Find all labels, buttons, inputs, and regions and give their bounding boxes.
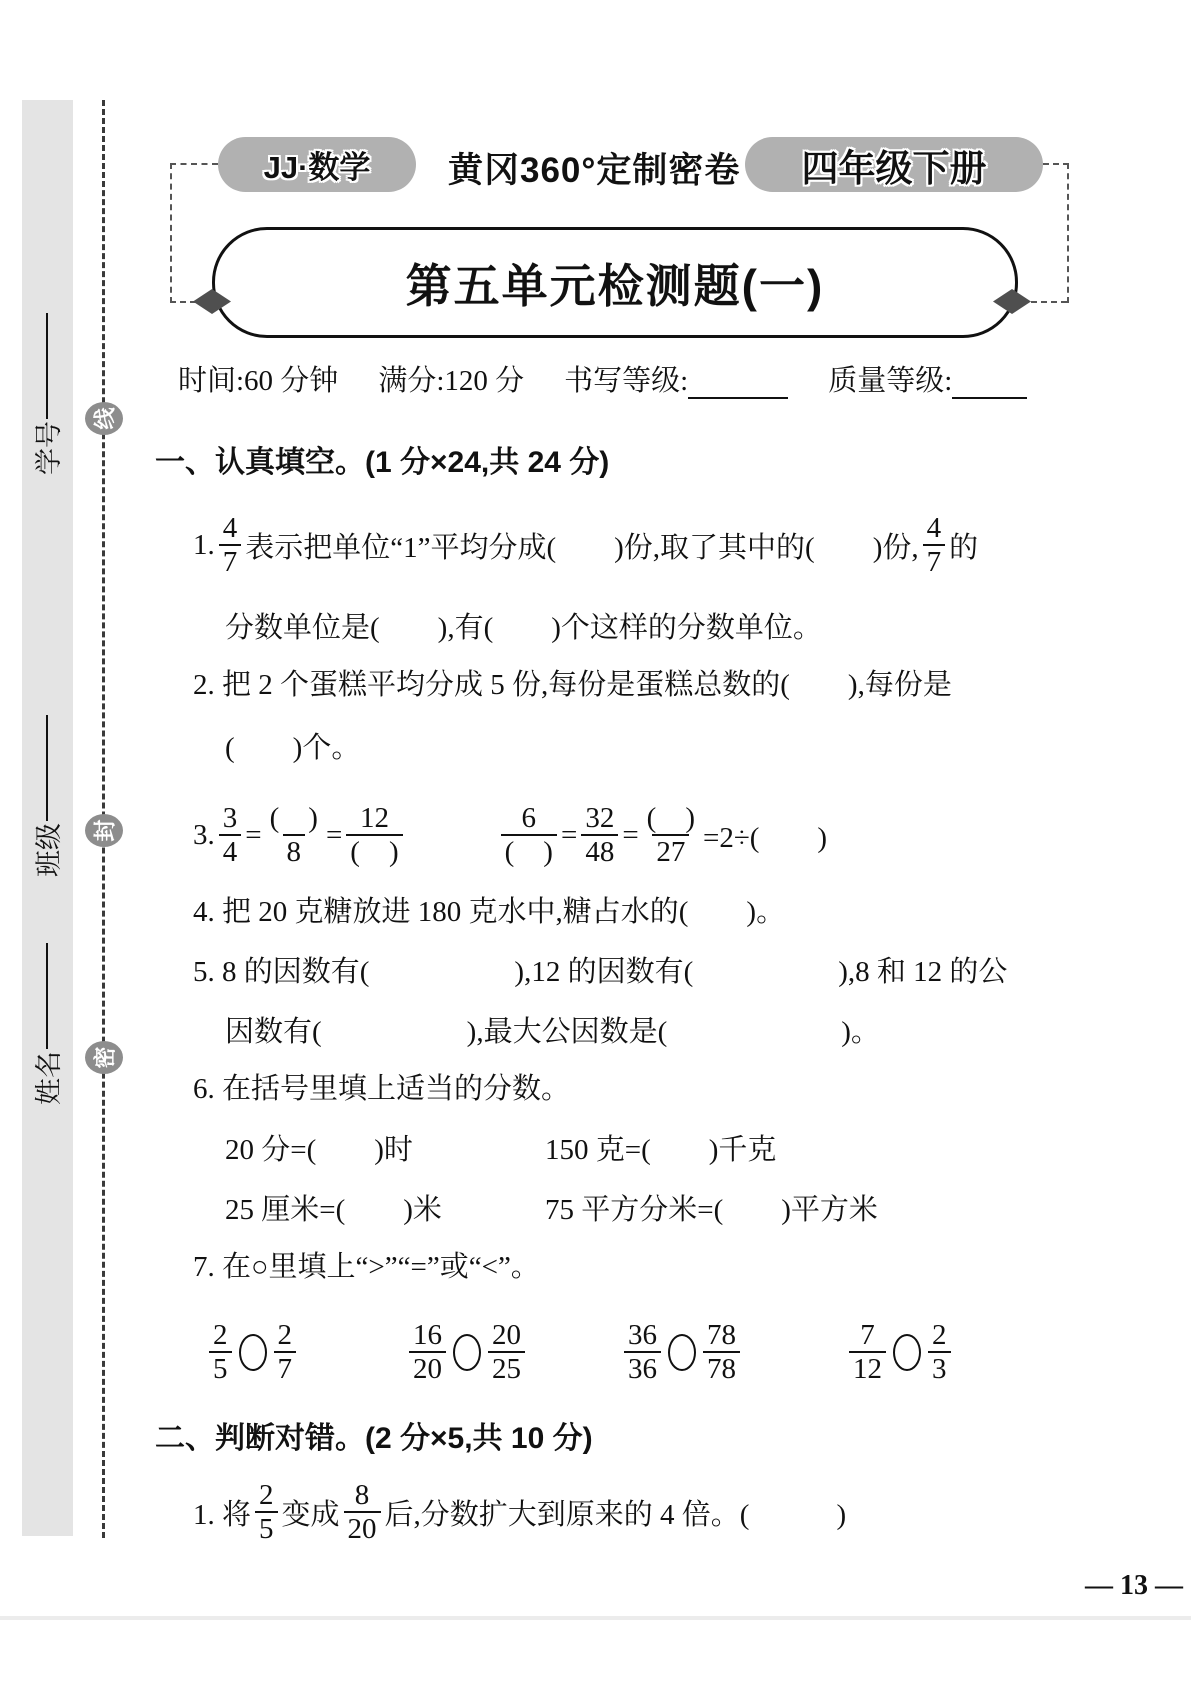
- paper-title-box: 第五单元检测题(一): [212, 227, 1018, 338]
- s2q1-fraction-8-20: 820: [344, 1479, 381, 1546]
- student-id-label: 学号: [27, 421, 66, 475]
- q7-1-right-fraction: 27: [274, 1319, 297, 1386]
- q3-fraction-5: 3248: [581, 802, 618, 869]
- q7-4-right-fraction: 23: [928, 1319, 951, 1386]
- writing-grade-label: 书写等级:: [564, 358, 688, 399]
- writing-grade-blank: [688, 367, 788, 399]
- q3-eq-3: =: [561, 819, 577, 852]
- section2-heading: 二、判断对错。(2 分×5,共 10 分): [155, 1413, 593, 1457]
- s2q1-tail: 后,分数扩大到原来的 4 倍。( ): [385, 1492, 847, 1533]
- question-6-row1-col1: 20 分=( )时: [225, 1130, 413, 1170]
- question-7-heading: 7. 在○里填上“>”“=”或“<”。: [193, 1247, 540, 1287]
- class-blank: [45, 715, 48, 821]
- q3-fraction-3: 12( ): [346, 802, 402, 869]
- class-label: 班级: [27, 823, 66, 877]
- question-5-line-2: 因数有( ),最大公因数是( )。: [225, 1012, 880, 1052]
- q7-compare-3: 3636 7878: [620, 1310, 744, 1394]
- header-dash-left-vertical: [170, 163, 172, 303]
- name-blank: [45, 943, 48, 1049]
- grade-badge: 四年级下册: [745, 137, 1043, 192]
- header-dash-right-bottom: [1031, 301, 1067, 303]
- q1-fraction-4-7-b: 4 7: [923, 512, 946, 579]
- compare-circle-icon: [453, 1334, 481, 1371]
- q7-compare-2: 1620 2025: [405, 1310, 529, 1394]
- q1-text-2: 的: [949, 525, 978, 566]
- q1-text-1: 表示把单位“1”平均分成( )份,取了其中的( )份,: [245, 525, 918, 566]
- header-dash-left-top: [170, 163, 218, 165]
- q7-3-left-fraction: 3636: [624, 1319, 661, 1386]
- paper-title: 第五单元检测题(一): [406, 250, 825, 316]
- q3-eq-2: =: [326, 819, 342, 852]
- seal-badge-mi: 密: [85, 1041, 123, 1074]
- section1-heading: 一、认真填空。(1 分×24,共 24 分): [155, 437, 609, 481]
- q3-fraction-1: 34: [219, 802, 242, 869]
- question-1-line-1: 1. 4 7 表示把单位“1”平均分成( )份,取了其中的( )份, 4 7 的: [193, 503, 978, 587]
- q1-number: 1.: [193, 529, 215, 562]
- time-label: 时间:60 分钟: [178, 358, 338, 399]
- question-6-row1-col2: 150 克=( )千克: [545, 1130, 776, 1170]
- q7-compare-1: 25 27: [205, 1310, 300, 1394]
- q7-1-left-fraction: 25: [209, 1319, 232, 1386]
- seal-badge-feng: 封: [85, 814, 123, 847]
- q7-2-left-fraction: 1620: [409, 1319, 446, 1386]
- name-field: 姓名: [29, 935, 63, 1105]
- page-number: — 13 —: [1085, 1570, 1183, 1602]
- header-dash-right-top: [1043, 163, 1069, 165]
- q3-fraction-6: ( )27: [643, 802, 699, 869]
- footer-divider: [0, 1616, 1191, 1620]
- q7-3-right-fraction: 7878: [703, 1319, 740, 1386]
- question-6-row2-col2: 75 平方分米=( )平方米: [545, 1190, 878, 1230]
- q7-2-right-fraction: 2025: [488, 1319, 525, 1386]
- seal-badge-line: 线: [85, 402, 123, 435]
- q7-4-left-fraction: 712: [849, 1319, 886, 1386]
- student-id-blank: [45, 313, 48, 419]
- q3-fraction-2: ( )8: [266, 802, 322, 869]
- q3-number: 3.: [193, 819, 215, 852]
- s2q1-pre: 1. 将: [193, 1492, 251, 1533]
- q3-eq-4: =: [622, 819, 638, 852]
- question-6-heading: 6. 在括号里填上适当的分数。: [193, 1069, 570, 1109]
- student-id-field: 学号: [29, 305, 63, 475]
- meta-row: 时间:60 分钟 满分:120 分 书写等级: 质量等级:: [178, 358, 1027, 399]
- name-label: 姓名: [27, 1051, 66, 1105]
- question-3-line: 3. 34 = ( )8 = 12( ) 6( ) = 3248 = ( )27…: [193, 793, 827, 877]
- question-2-line-1: 2. 把 2 个蛋糕平均分成 5 份,每份是蛋糕总数的( ),每份是: [193, 665, 952, 705]
- s2q1-mid: 变成: [282, 1492, 340, 1533]
- s2q1-fraction-2-5: 25: [255, 1479, 278, 1546]
- question-1-line-2: 分数单位是( ),有( )个这样的分数单位。: [225, 608, 822, 648]
- subject-badge: JJ·数学: [218, 137, 416, 192]
- quality-grade-label: 质量等级:: [828, 358, 952, 399]
- q1-fraction-4-7: 4 7: [219, 512, 242, 579]
- question-4-line: 4. 把 20 克糖放进 180 克水中,糖占水的( )。: [193, 892, 785, 932]
- full-score-label: 满分:120 分: [378, 358, 524, 399]
- q3-eq-1: =: [245, 819, 261, 852]
- compare-circle-icon: [893, 1334, 921, 1371]
- series-title: 黄冈360°定制密卷: [448, 143, 740, 193]
- compare-circle-icon: [239, 1334, 267, 1371]
- quality-grade-blank: [952, 367, 1027, 399]
- compare-circle-icon: [668, 1334, 696, 1371]
- question-5-line-1: 5. 8 的因数有( ),12 的因数有( ),8 和 12 的公: [193, 952, 1007, 992]
- section2-question-1: 1. 将 25 变成 820 后,分数扩大到原来的 4 倍。( ): [193, 1470, 846, 1554]
- q3-tail: =2÷( ): [703, 815, 827, 856]
- q7-compare-4: 712 23: [845, 1310, 955, 1394]
- header-dash-right-vertical: [1067, 163, 1069, 303]
- question-6-row2-col1: 25 厘米=( )米: [225, 1190, 442, 1230]
- class-field: 班级: [29, 707, 63, 877]
- question-2-line-2: ( )个。: [225, 728, 360, 768]
- header-dash-left-bottom: [170, 301, 196, 303]
- q3-fraction-4: 6( ): [501, 802, 557, 869]
